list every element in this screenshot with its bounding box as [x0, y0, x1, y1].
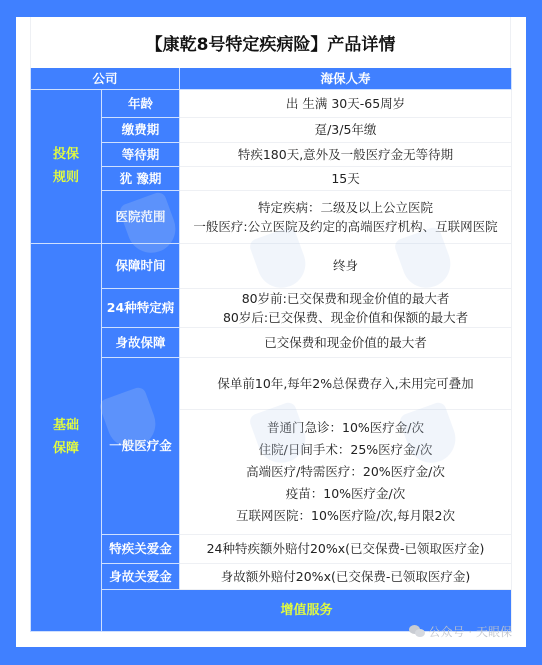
row-value-general-medical-fund-deposit: 保单前10年,每年2%总保费存入,未用完可叠加	[180, 357, 512, 409]
row-label-cooling-off: 犹 豫期	[102, 166, 180, 190]
row-value-death-care-fund: 身故额外赔付20%x(已交保费-已领取医疗金)	[180, 563, 512, 589]
table-row: 基础 保障 保障时间 终身	[31, 243, 512, 288]
row-label-disease-care-fund: 特疾关爱金	[102, 534, 180, 563]
row-label-age: 年龄	[102, 89, 180, 117]
row-value-waiting-period: 特疾180天,意外及一般医疗金无等待期	[180, 142, 512, 166]
row-value-payment-period: 趸/3/5年缴	[180, 117, 512, 142]
table-row: 一般医疗金 保单前10年,每年2%总保费存入,未用完可叠加	[31, 357, 512, 409]
row-label-general-medical-fund: 一般医疗金	[102, 357, 180, 534]
row-label-coverage-period: 保障时间	[102, 243, 180, 288]
row-value-general-medical-fund-usage: 普通门急诊：10%医疗金/次 住院/日间手术：25%医疗金/次 高端医疗/特需医…	[180, 409, 512, 534]
row-value-coverage-period: 终身	[180, 243, 512, 288]
category-basic-coverage: 基础 保障	[31, 243, 102, 631]
table-row: 身故关爱金 身故额外赔付20%x(已交保费-已领取医疗金)	[31, 563, 512, 589]
footer-text: 公众号 · 天眼保	[429, 623, 512, 640]
table-row: 犹 豫期 15天	[31, 166, 512, 190]
table-row: 24种特定病 80岁前:已交保费和现金价值的最大者 80岁后:已交保费、现金价值…	[31, 288, 512, 327]
table-row: 身故保障 已交保费和现金价值的最大者	[31, 327, 512, 357]
footer-source: 公众号 · 天眼保	[409, 623, 512, 640]
table-row: 缴费期 趸/3/5年缴	[31, 117, 512, 142]
row-label-waiting-period: 等待期	[102, 142, 180, 166]
row-value-disease-care-fund: 24种特疾额外赔付20%x(已交保费-已领取医疗金)	[180, 534, 512, 563]
row-value-cooling-off: 15天	[180, 166, 512, 190]
row-value-death-benefit: 已交保费和现金价值的最大者	[180, 327, 512, 357]
product-detail-card: 【康乾8号特定疾病险】产品详情 公司 海保人寿 投保 规则 年龄 出 生满 30…	[16, 17, 526, 647]
row-label-payment-period: 缴费期	[102, 117, 180, 142]
table-row: 等待期 特疾180天,意外及一般医疗金无等待期	[31, 142, 512, 166]
company-value: 海保人寿	[180, 68, 512, 89]
row-value-age: 出 生满 30天-65周岁	[180, 89, 512, 117]
category-underwriting-rules: 投保 规则	[31, 89, 102, 243]
row-value-24-specific-diseases: 80岁前:已交保费和现金价值的最大者 80岁后:已交保费、现金价值和保额的最大者	[180, 288, 512, 327]
page-title: 【康乾8号特定疾病险】产品详情	[30, 17, 511, 68]
table-row: 医院范围 特定疾病：二级及以上公立医院 一般医疗:公立医院及约定的高端医疗机构、…	[31, 190, 512, 243]
table-row: 投保 规则 年龄 出 生满 30天-65周岁	[31, 89, 512, 117]
row-label-death-benefit: 身故保障	[102, 327, 180, 357]
row-value-hospital-scope: 特定疾病：二级及以上公立医院 一般医疗:公立医院及约定的高端医疗机构、互联网医院	[180, 190, 512, 243]
row-label-24-specific-diseases: 24种特定病	[102, 288, 180, 327]
table-row: 特疾关爱金 24种特疾额外赔付20%x(已交保费-已领取医疗金)	[31, 534, 512, 563]
table-header-row: 公司 海保人寿	[31, 68, 512, 89]
wechat-icon	[409, 625, 425, 638]
row-label-death-care-fund: 身故关爱金	[102, 563, 180, 589]
row-label-hospital-scope: 医院范围	[102, 190, 180, 243]
product-detail-table: 公司 海保人寿 投保 规则 年龄 出 生满 30天-65周岁 缴费期 趸/3/5…	[30, 68, 512, 632]
company-label: 公司	[31, 68, 180, 89]
